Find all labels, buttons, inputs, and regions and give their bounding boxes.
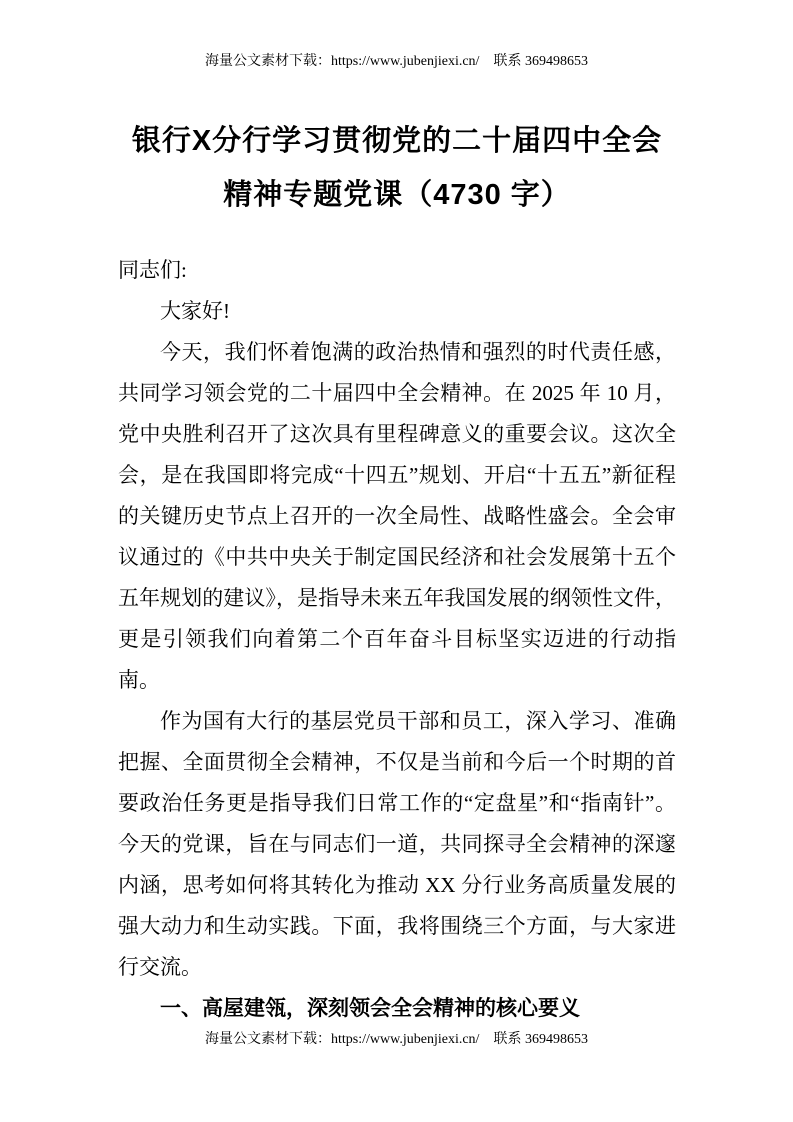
section-heading-1: 一、高屋建瓴，深刻领会全会精神的核心要义 xyxy=(118,988,676,1029)
paragraph-greeting: 大家好! xyxy=(118,291,676,332)
page-header: 海量公文素材下载：https://www.jubenjiexi.cn/ 联系 3… xyxy=(0,52,793,72)
document-page: 海量公文素材下载：https://www.jubenjiexi.cn/ 联系 3… xyxy=(0,0,793,1122)
document-title: 银行X分行学习贯彻党的二十届四中全会精神专题党课（4730 字） xyxy=(118,114,676,222)
paragraph-body-1: 今天，我们怀着饱满的政治热情和强烈的时代责任感，共同学习领会党的二十届四中全会精… xyxy=(118,332,676,701)
paragraph-body-2: 作为国有大行的基层党员干部和员工，深入学习、准确把握、全面贯彻全会精神，不仅是当… xyxy=(118,701,676,988)
paragraph-salutation: 同志们: xyxy=(118,250,676,291)
page-footer: 海量公文素材下载：https://www.jubenjiexi.cn/ 联系 3… xyxy=(0,1030,793,1050)
